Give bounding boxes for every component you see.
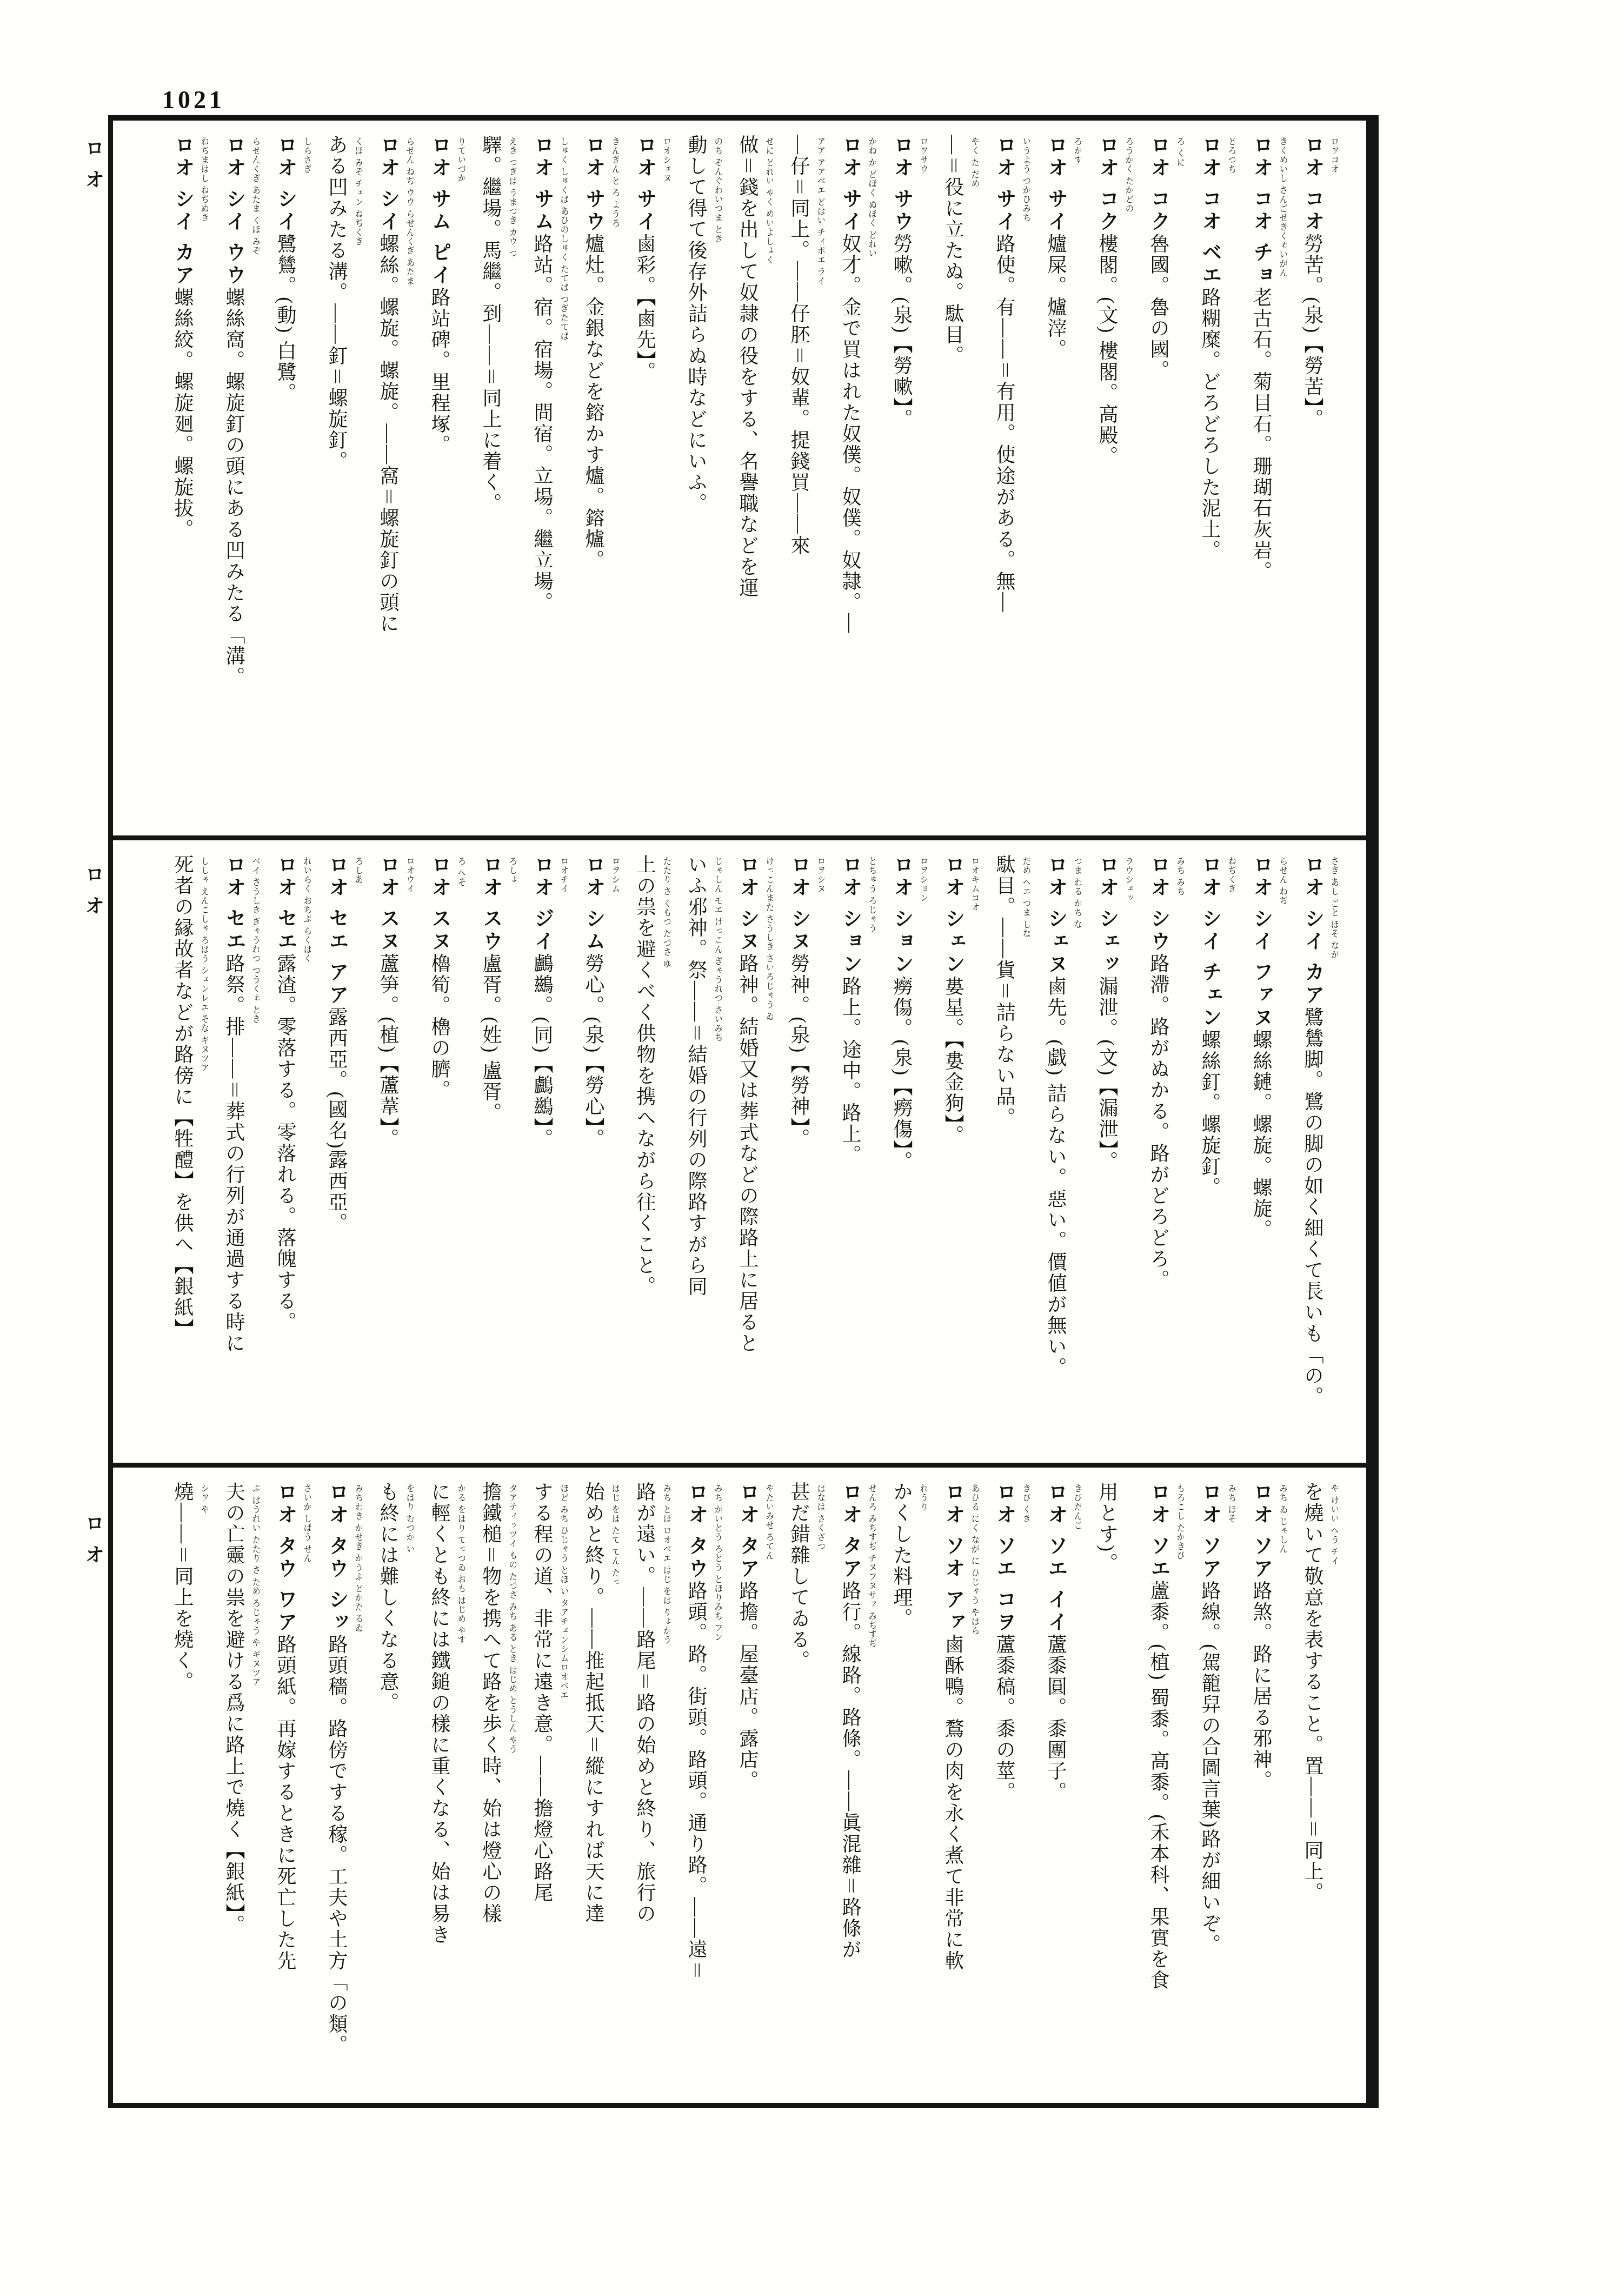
- entry-headword: ロオ タア: [840, 1482, 862, 1581]
- entry-furigana: きびだんご: [1072, 1484, 1081, 1530]
- entry-column: ロオ サイ爐屎。爐滓。ろかす: [1030, 135, 1081, 826]
- entry-column: ロオ ソオ アァ鹵酥鴨。鶩の肉を永く煮て非常に軟あひる にく なが に ひじゃう…: [927, 1482, 979, 2093]
- entry-column: ロオ シイ カア鷺鷥脚。鷺の脚の如く細くて長いも「の。さぎ あし ごと ほそ な…: [1287, 854, 1338, 1453]
- entry-column: ロオ シェッ漏泄。(文)【漏泄】。ラウシェッ: [1081, 854, 1133, 1453]
- entry-column: ロオ サイ奴才。金で買はれた奴僕。奴僕。奴隷。—かね か どぼく ぬぼく どれい: [824, 135, 876, 826]
- entry-column: ロオ ソエ コヲ蘆黍稿。黍の莖。きび くき: [979, 1482, 1030, 2093]
- entry-column: ロオ シヌ路神。結婚又は葬式などの際路上に居るとけっこんまた さうしき さいろじ…: [722, 854, 773, 1453]
- entry-column: ロオ シイ螺絲。螺旋。螺旋。——窩＝螺旋釘の頭にらせん ねぢ ウウ らせんくぎ …: [362, 135, 414, 826]
- entry-headword: ロオ シイ ウウ: [223, 135, 245, 288]
- band-1: ロオ コオ勞苦。(泉)【勞苦】。ロヲコオロオ コオ チョ老古石。菊目石。珊瑚石灰…: [113, 121, 1366, 835]
- entry-definition: ロオ タア路擔。屋臺店。露店。: [737, 1482, 759, 1791]
- entry-headword: ロオ サイ: [1045, 135, 1067, 234]
- entry-headword: ロオ スヌ: [377, 854, 400, 953]
- entry-headword: ロオ ソエ イイ: [1045, 1482, 1067, 1635]
- entry-definition: ロオ タウ路頭。路。街頭。路頭。通り路。——遠＝: [686, 1482, 707, 1981]
- entry-column: ロオ シイ ウウ螺絲窩。螺旋釘の頭にある凹みたる「溝。らせんくぎ あたま くぼ …: [208, 135, 260, 826]
- dictionary-frame: ロオ コオ勞苦。(泉)【勞苦】。ロヲコオロオ コオ チョ老古石。菊目石。珊瑚石灰…: [108, 115, 1379, 2108]
- entry-column: ロオ コオ勞苦。(泉)【勞苦】。ロヲコオ: [1287, 135, 1338, 826]
- entry-headword: ロオ サイ: [634, 135, 656, 234]
- entry-furigana: ロオウイ: [404, 857, 414, 893]
- entry-headword: ロオ サウ: [583, 135, 605, 234]
- entry-definition: ロオ ソエ コヲ蘆黍稿。黍の莖。: [994, 1482, 1015, 1803]
- entry-column: に輕くとも終には鐵鎚の樣に重くなる、始は易きかる をはり てっつゐ おも はじめ…: [414, 1482, 465, 2093]
- entry-column: —仔＝同上。——仔胚＝奴輩。提錢買——來アア アアベエ どはい チィボエ ライ: [773, 135, 824, 826]
- entry-furigana: ぜに どれい やく めいよしょく: [763, 137, 773, 264]
- entry-headword: ロオ スウ: [480, 854, 502, 953]
- entry-definition: 動して得て後存外詰らぬ時などにいふ。: [686, 135, 707, 514]
- entry-furigana: みち みち: [1174, 857, 1184, 896]
- entry-headword: ロオ シイ チェン: [1199, 854, 1221, 1030]
- entry-column: ロオ シイ鷺鷥。(動) 白鷺。しらさぎ: [260, 135, 311, 826]
- entry-furigana: ロヲシム: [609, 857, 619, 893]
- entry-column: ロオ コク魯國。魯の國。ろ くに: [1133, 135, 1184, 826]
- entry-furigana: や けいい へう チイ: [1328, 1484, 1338, 1565]
- entry-column: ロオ タア路行。線路。路條。——眞混雜＝路條がせんろ みちすぢ チヌフヌサァ み…: [824, 1482, 876, 2093]
- entry-furigana: ロオシェヌ: [661, 137, 670, 183]
- entry-definition: ある凹みたる溝。——釘＝螺旋釘。: [326, 135, 348, 472]
- entry-definition: ロオ シヌ路神。結婚又は葬式などの際路上に居ると: [737, 854, 759, 1354]
- entry-definition: ロオ シイ鷺鷥。(動) 白鷺。: [275, 135, 296, 404]
- entry-headword: ロオ ジイ: [531, 854, 554, 953]
- entry-definition: —＝役に立たぬ。駄目。: [942, 135, 964, 367]
- entry-definition: ロオ スヌ櫓筍。櫓の臍。: [429, 854, 450, 1101]
- entry-furigana: ロヲコオ: [1328, 137, 1338, 174]
- entry-column: 始めと終り。——推起抵天＝縱にすれば天に達はじ をは たて てん たっ: [568, 1482, 619, 2093]
- entry-definition: ロオ ション癆傷。(泉)【癆傷】。: [891, 854, 913, 1172]
- entry-furigana: いうよう つかひみち: [1020, 137, 1030, 222]
- entry-column: ロオ サイ鹵彩。【鹵先】。ロオシェヌ: [619, 135, 670, 826]
- entry-definition: 始めと終り。——推起抵天＝縱にすれば天に達: [583, 1482, 604, 1925]
- entry-headword: ロオ サイ: [994, 135, 1016, 234]
- entry-definition: ロオ シヌ勞神。(泉)【勞神】。: [788, 854, 810, 1150]
- entry-definition: ロオ シイ カア螺絲絞。螺旋廻。螺旋拔。: [172, 135, 194, 541]
- band-2-columns: ロオ シイ カア鷺鷥脚。鷺の脚の如く細くて長いも「の。さぎ あし ごと ほそ な…: [127, 854, 1338, 1453]
- entry-furigana: きくめいし さんごせきくゎいがん: [1277, 137, 1287, 277]
- entry-column: ロオ サイ路使。有——＝有用。使途がある。無—いうよう つかひみち: [979, 135, 1030, 826]
- entry-furigana: あひる にく なが に ひじゃう やはら: [969, 1484, 979, 1635]
- entry-column: ロオ タア路擔。屋臺店。露店。やたいみせ ろてん: [722, 1482, 773, 2093]
- entry-headword: ロオ シム: [583, 854, 605, 953]
- entry-furigana: じゃしん モエ けっこん ぎゃうれつ さいみち: [712, 857, 722, 1042]
- entry-definition: ロオ ジイ鸕鷀。(同)【鸕鷀】。: [531, 854, 553, 1150]
- entry-furigana: をはり むつか い: [404, 1484, 414, 1554]
- entry-column: 用とす)。: [1081, 1482, 1133, 2093]
- entry-column: を燒いて敬意を表すること。置——＝同上。や けいい へう チイ: [1287, 1482, 1338, 2093]
- entry-furigana: ねぢくぎ: [1226, 857, 1235, 893]
- entry-column: ロオ ション路上。途中。路上。とちゅう ろじゃう: [824, 854, 876, 1453]
- entry-column: 燒——＝同上を燒く。シヲ や: [157, 1482, 208, 2093]
- entry-column: ロオ シイ ファヌ螺絲鏈。螺旋。螺旋。らせん ねぢ: [1235, 854, 1287, 1453]
- entry-headword: ロオ サイ: [840, 135, 862, 234]
- entry-headword: ロオ セエ: [275, 854, 297, 953]
- entry-headword: ロオ ソオ アァ: [942, 1482, 965, 1635]
- entry-furigana: どろつち: [1226, 137, 1235, 174]
- entry-definition: ロオ タウ シッ路頭穡。路傍でする稼。工夫や土方「の類。: [326, 1482, 348, 2056]
- entry-headword: ロオ サム ピイ: [429, 135, 451, 288]
- entry-headword: ロオ コク: [1148, 135, 1170, 234]
- entry-definition: する程の道、非常に遠き意。——擔燈心路尾: [531, 1482, 553, 1903]
- entry-furigana: れうり: [917, 1484, 927, 1511]
- entry-column: ロオ スウ盧胥。(姓) 盧胥。ろしょ: [465, 854, 516, 1453]
- entry-headword: ロオ タウ ワア: [275, 1482, 297, 1635]
- entry-furigana: みち とほ ロオベエ はじ をは りょかう: [661, 1484, 670, 1644]
- entry-furigana: ろ くに: [1174, 137, 1184, 167]
- entry-headword: ロオ コオ ベエ: [1199, 135, 1221, 288]
- entry-definition: ロオ サイ鹵彩。【鹵先】。: [634, 135, 656, 383]
- entry-furigana: ロオチイ: [558, 857, 568, 893]
- entry-definition: ロオ サウ爐灶。金銀などを鎔かす爐。鎔爐。: [583, 135, 604, 571]
- entry-furigana: かね か どぼく ぬぼく どれい: [866, 137, 876, 258]
- entry-headword: ロオ ソエ: [1148, 1482, 1170, 1581]
- entry-column: ロオ シヌ勞神。(泉)【勞神】。ロヲシヌ: [773, 854, 824, 1453]
- entry-furigana: ロヲション: [917, 857, 927, 903]
- entry-furigana: らせん ねぢ: [1277, 857, 1287, 905]
- entry-furigana: きんぎん と ろ ようろ: [609, 137, 619, 228]
- margin-label-band1: ロオ: [80, 138, 108, 201]
- band-3-columns: を燒いて敬意を表すること。置——＝同上。や けいい へう チイロオ ソア路煞。路…: [127, 1482, 1338, 2093]
- entry-furigana: ベイ さうしき ぎゃうれつ つうくゎ とき: [250, 857, 260, 1024]
- entry-headword: ロオ ソア: [1250, 1482, 1273, 1581]
- entry-definition: ロオ サム路站。宿。宿場。間宿。立場。繼立場。: [531, 135, 553, 613]
- entry-furigana: つま わる かち な: [1072, 857, 1081, 929]
- entry-column: 死者の縁故者などが路傍に【牲醴】を供へ【銀紙】ししゃ えんこしゃ ろばう シェン…: [157, 854, 208, 1453]
- entry-headword: ロオ ション: [840, 854, 862, 976]
- entry-column: ロオ セエ路祭。排——＝葬式の行列が通過する時にベイ さうしき ぎゃうれつ つう…: [208, 854, 260, 1453]
- entry-definition: ロオ ション路上。途中。路上。: [840, 854, 861, 1166]
- entry-definition: ロオ ソア路煞。路に居る邪神。: [1250, 1482, 1272, 1791]
- entry-column: ロオ タウ ワア路頭紙。再嫁するときに死亡した先さいか しばう せん: [260, 1482, 311, 2093]
- entry-headword: ロオ ション: [891, 854, 913, 976]
- entry-furigana: ろしあ: [352, 857, 362, 884]
- entry-definition: ロオ シイ チェン螺絲釘。螺旋釘。: [1199, 854, 1221, 1199]
- entry-definition: ロオ スウ盧胥。(姓) 盧胥。: [480, 854, 502, 1124]
- entry-headword: ロオ シヌ: [788, 854, 810, 953]
- entry-headword: ロオ シヌ: [737, 854, 759, 953]
- entry-definition: ロオ シェヌ鹵先。(戯) 詰らない。惡い。價値が無い。: [1045, 854, 1067, 1378]
- entry-headword: ロオ タア: [737, 1482, 759, 1581]
- entry-furigana: せんろ みちすぢ チヌフヌサァ みちすぢ: [866, 1484, 876, 1648]
- entry-furigana: ろしょ: [507, 857, 516, 884]
- entry-headword: ロオ スヌ: [429, 854, 451, 953]
- entry-furigana: ろうかく たかどの: [1123, 137, 1133, 213]
- entry-column: 做＝錢を出して奴隷の役をする、名譽職などを運ぜに どれい やく めいよしょく: [722, 135, 773, 826]
- entry-headword: ロオ タウ シッ: [326, 1482, 348, 1635]
- entry-column: ロオ シイ チェン螺絲釘。螺旋釘。ねぢくぎ: [1184, 854, 1235, 1453]
- entry-definition: ロオ シイ カア鷺鷥脚。鷺の脚の如く細くて長いも「の。: [1302, 854, 1323, 1408]
- entry-furigana: らせんくぎ あたま くぼ みぞ: [250, 137, 260, 255]
- entry-furigana: ほど みち ひじゃう とほ い タアチェンシムロオベエ: [558, 1484, 568, 1700]
- entry-definition: 用とす)。: [1096, 1482, 1118, 1574]
- entry-furigana: タアティッツイ もの たづさ みち ある とき はじめ とうしん やう: [507, 1484, 516, 1754]
- entry-furigana: ろかす: [1072, 137, 1081, 164]
- entry-furigana: やく た だめ: [969, 137, 979, 188]
- entry-headword: ロオ シイ ファヌ: [1250, 854, 1273, 1030]
- entry-definition: ロオ シイ ウウ螺絲窩。螺旋釘の頭にある凹みたる「溝。: [223, 135, 245, 688]
- entry-furigana: えき つぎば うまつぎ カウ つ: [507, 137, 516, 258]
- entry-column: 擔鐵槌＝物を携へて路を歩く時、始は燈心の樣タアティッツイ もの たづさ みち あ…: [465, 1482, 516, 2093]
- entry-column: も終には難しくなる意。をはり むつか い: [362, 1482, 414, 2093]
- entry-headword: ロオ シイ: [275, 135, 297, 234]
- entry-headword: ロオ コオ: [1302, 135, 1324, 234]
- entry-furigana: ロオキムコオ: [969, 857, 979, 912]
- entry-furigana: しらさぎ: [301, 137, 311, 174]
- entry-headword: ロオ シェヌ: [1045, 854, 1067, 976]
- entry-furigana: みちわき かせぎ かうふ どかた るゐ: [352, 1484, 362, 1633]
- entry-definition: を燒いて敬意を表すること。置——＝同上。: [1302, 1482, 1323, 1903]
- entry-furigana: みち かいとう ろとう とほりみち フン: [712, 1484, 722, 1642]
- entry-definition: ロオ シイ ファヌ螺絲鏈。螺旋。螺旋。: [1250, 854, 1272, 1241]
- entry-definition: ロオ コオ チョ老古石。菊目石。珊瑚石灰岩。: [1250, 135, 1272, 583]
- entry-definition: かくした料理。: [891, 1482, 913, 1629]
- entry-definition: ロオ セエ露渣。零落する。零落れる。落魄する。: [275, 854, 296, 1333]
- entry-definition: いふ邪神。祭——＝結婚の行列の際路すがら同: [686, 854, 707, 1297]
- entry-definition: ロオ サム ピイ路站碑。里程塚。: [429, 135, 450, 456]
- entry-column: ある凹みたる溝。——釘＝螺旋釘。くぼ みぞ チェン ねぢくぎ: [311, 135, 362, 826]
- entry-column: 上の祟を避くべく供物を携へながら往くこと。たたり さ くもつ たづさ ゆ: [619, 854, 670, 1453]
- band-2: ロオ シイ カア鷺鷥脚。鷺の脚の如く細くて長いも「の。さぎ あし ごと ほそ な…: [113, 835, 1366, 1463]
- entry-headword: ロオ シェン: [942, 854, 965, 976]
- dictionary-page: 1021 ロオ ロオ ロオ ロオ コオ勞苦。(泉)【勞苦】。ロヲコオロオ コオ …: [0, 0, 1623, 2296]
- entry-definition: ロオ サウ勞嗽。(泉)【勞嗽】。: [891, 135, 913, 430]
- entry-column: ロオ ソエ蘆黍。(植) 蜀黍。高黍。(禾本科、果實を食もろこし たかきび: [1133, 1482, 1184, 2093]
- entry-column: ロオ サウ爐灶。金銀などを鎔かす爐。鎔爐。きんぎん と ろ ようろ: [568, 135, 619, 826]
- entry-column: ロオ スヌ蘆笋。(植)【蘆葦】。ロオウイ: [362, 854, 414, 1453]
- entry-definition: 死者の縁故者などが路傍に【牲醴】を供へ【銀紙】: [172, 854, 194, 1339]
- entry-furigana: けっこんまた さうしき さいろじゃう ゐ: [763, 857, 773, 1021]
- entry-column: ロオ シェヌ鹵先。(戯) 詰らない。惡い。價値が無い。つま わる かち な: [1030, 854, 1081, 1453]
- entry-furigana: だめ ヘエ つま しな: [1020, 857, 1030, 938]
- entry-definition: 路が遠い。——路尾＝路の始めと終り、旅行の: [634, 1482, 656, 1925]
- entry-furigana: きび くき: [1020, 1484, 1030, 1523]
- entry-headword: ロオ タウ: [686, 1482, 708, 1581]
- entry-column: かくした料理。れうり: [876, 1482, 927, 2093]
- entry-definition: 甚だ錯雜してゐる。: [788, 1482, 810, 1671]
- entry-definition: ロオ タア路行。線路。路條。——眞混雜＝路條が: [840, 1482, 861, 1960]
- entry-definition: も終には難しくなる意。: [377, 1482, 399, 1714]
- entry-furigana: ねぢまはし ねぢぬき: [198, 137, 208, 222]
- entry-furigana: シヲ や: [198, 1484, 208, 1514]
- entry-furigana: れいらく おちぶ らくはく: [301, 857, 311, 963]
- entry-headword: ロオ セエ: [223, 854, 245, 953]
- entry-furigana: たたり さ くもつ たづさ ゆ: [661, 857, 670, 968]
- entry-definition: ロオ ソエ イイ蘆黍圓。黍團子。: [1045, 1482, 1067, 1803]
- entry-furigana: とちゅう ろじゃう: [866, 857, 876, 933]
- band-1-columns: ロオ コオ勞苦。(泉)【勞苦】。ロヲコオロオ コオ チョ老古石。菊目石。珊瑚石灰…: [127, 135, 1338, 826]
- entry-column: ロオ コク樓閣。(文) 樓閣。高殿。ろうかく たかどの: [1081, 135, 1133, 826]
- entry-furigana: はじ をは たて てん たっ: [609, 1484, 619, 1587]
- entry-column: ロオ タウ シッ路頭穡。路傍でする稼。工夫や土方「の類。みちわき かせぎ かうふ…: [311, 1482, 362, 2093]
- entry-column: ロオ セエ アア露西亞。(國名)露西亞。ろしあ: [311, 854, 362, 1453]
- entry-furigana: やたいみせ ろてん: [763, 1484, 773, 1560]
- entry-definition: ロオ シム勞心。(泉)【勞心】。: [583, 854, 604, 1150]
- entry-definition: 擔鐵槌＝物を携へて路を歩く時、始は燈心の樣: [480, 1482, 502, 1925]
- entry-furigana: ぶ ばうれい たたり さ ため ろじゃう や ギヌツア: [250, 1484, 260, 1687]
- entry-definition: ロオ ソア路線。(駕籠舁の合圖言葉)路が細いぞ。: [1199, 1482, 1221, 1955]
- entry-definition: に輕くとも終には鐵鎚の樣に重くなる、始は易き: [429, 1482, 450, 1946]
- entry-column: 路が遠い。——路尾＝路の始めと終り、旅行のみち とほ ロオベエ はじ をは りょ…: [619, 1482, 670, 2093]
- band-3: を燒いて敬意を表すること。置——＝同上。や けいい へう チイロオ ソア路煞。路…: [113, 1463, 1366, 2103]
- entry-definition: 夫の亡靈の祟を避ける爲に路上で燒く【銀紙】。: [223, 1482, 245, 1936]
- entry-column: する程の道、非常に遠き意。——擔燈心路尾ほど みち ひじゃう とほ い タアチェ…: [516, 1482, 568, 2093]
- entry-furigana: アア アアベエ どはい チィボエ ライ: [815, 137, 824, 286]
- entry-definition: 燒——＝同上を燒く。: [172, 1482, 194, 1693]
- entry-furigana: さぎ あし ごと ほそ なが: [1328, 857, 1338, 959]
- entry-column: ロオ シェン婁星。【婁金狗】。ロオキムコオ: [927, 854, 979, 1453]
- entry-column: 動して得て後存外詰らぬ時などにいふ。のち ぞんぐわいつま とき: [670, 135, 722, 826]
- entry-headword: ロオ シイ カア: [172, 135, 194, 288]
- entry-definition: ロオ セエ路祭。排——＝葬式の行列が通過する時に: [223, 854, 245, 1354]
- entry-column: ロオ ジイ鸕鷀。(同)【鸕鷀】。ロオチイ: [516, 854, 568, 1453]
- entry-definition: ロオ コク魯國。魯の國。: [1148, 135, 1169, 381]
- entry-column: ロオ ソエ イイ蘆黍圓。黍團子。きびだんご: [1030, 1482, 1081, 2093]
- page-number: 1021: [162, 85, 225, 114]
- entry-column: ロオ ション癆傷。(泉)【癆傷】。ロヲション: [876, 854, 927, 1453]
- entry-furigana: のち ぞんぐわいつま とき: [712, 137, 722, 243]
- entry-column: ロオ サム ピイ路站碑。里程塚。りていづか: [414, 135, 465, 826]
- entry-headword: ロオ コク: [1096, 135, 1119, 234]
- entry-column: ロオ ソア路煞。路に居る邪神。みち ゐ じゃしん: [1235, 1482, 1287, 2093]
- entry-definition: ロオ コオ勞苦。(泉)【勞苦】。: [1302, 135, 1323, 430]
- entry-definition: 上の祟を避くべく供物を携へながら往くこと。: [634, 854, 656, 1297]
- entry-furigana: ろ へそ: [455, 857, 465, 887]
- entry-definition: ロオ シウ路滯。路がぬかる。路がどろどろ。: [1148, 854, 1169, 1291]
- entry-definition: 駄目。——貨＝詰らない品。: [994, 854, 1015, 1129]
- entry-column: ロオ サウ勞嗽。(泉)【勞嗽】。ロヲサウ: [876, 135, 927, 826]
- entry-headword: ロオ サム: [531, 135, 554, 234]
- entry-column: ロオ ソア路線。(駕籠舁の合圖言葉)路が細いぞ。みち ほそ: [1184, 1482, 1235, 2093]
- entry-definition: 做＝錢を出して奴隷の役をする、名譽職などを運: [737, 135, 759, 599]
- entry-column: ロオ シイ カア螺絲絞。螺旋廻。螺旋拔。ねぢまはし ねぢぬき: [157, 135, 208, 826]
- entry-column: 甚だ錯雜してゐる。はなは さくざつ: [773, 1482, 824, 2093]
- entry-furigana: ロヲサウ: [917, 137, 927, 174]
- entry-definition: ロオ サイ奴才。金で買はれた奴僕。奴僕。奴隷。—: [840, 135, 861, 634]
- entry-definition: ロオ スヌ蘆笋。(植)【蘆葦】。: [377, 854, 399, 1150]
- entry-column: 驛。繼場。馬繼。到——＝同上に着く。えき つぎば うまつぎ カウ つ: [465, 135, 516, 826]
- entry-column: —＝役に立たぬ。駄目。やく た だめ: [927, 135, 979, 826]
- entry-definition: ロオ タウ ワア路頭紙。再嫁するときに死亡した先: [275, 1482, 296, 1972]
- entry-furigana: ししゃ えんこしゃ ろばう シェンレエ そな ギヌツア: [198, 857, 208, 1072]
- entry-furigana: ラウシェッ: [1123, 857, 1133, 903]
- entry-headword: ロオ サウ: [891, 135, 913, 234]
- entry-column: 夫の亡靈の祟を避ける爲に路上で燒く【銀紙】。ぶ ばうれい たたり さ ため ろじ…: [208, 1482, 260, 2093]
- entry-headword: ロオ シイ: [377, 135, 400, 234]
- entry-column: ロオ コオ ベエ路糊糜。どろどろした泥土。どろつち: [1184, 135, 1235, 826]
- entry-headword: ロオ コオ チョ: [1250, 135, 1273, 288]
- entry-furigana: くぼ みぞ チェン ねぢくぎ: [352, 137, 362, 246]
- entry-column: ロオ スヌ櫓筍。櫓の臍。ろ へそ: [414, 854, 465, 1453]
- entry-headword: ロオ セエ アア: [326, 854, 348, 1007]
- entry-definition: ロオ シェッ漏泄。(文)【漏泄】。: [1096, 854, 1118, 1172]
- entry-furigana: かる をはり てっつゐ おも はじめ やす: [455, 1484, 465, 1644]
- margin-label-band2: ロオ: [80, 864, 108, 927]
- entry-definition: 驛。繼場。馬繼。到——＝同上に着く。: [480, 135, 502, 514]
- entry-column: ロオ セエ露渣。零落する。零落れる。落魄する。れいらく おちぶ らくはく: [260, 854, 311, 1453]
- entry-definition: ロオ サイ爐屎。爐滓。: [1045, 135, 1067, 360]
- entry-definition: ロオ コオ ベエ路糊糜。どろどろした泥土。: [1199, 135, 1221, 562]
- entry-column: いふ邪神。祭——＝結婚の行列の際路すがら同じゃしん モエ けっこん ぎゃうれつ …: [670, 854, 722, 1453]
- entry-definition: ロオ サイ路使。有——＝有用。使途がある。無—: [994, 135, 1015, 613]
- entry-headword: ロオ シウ: [1148, 854, 1170, 953]
- entry-definition: ロオ ソオ アァ鹵酥鴨。鶩の肉を永く煮て非常に軟: [942, 1482, 964, 1972]
- entry-column: ロオ コオ チョ老古石。菊目石。珊瑚石灰岩。きくめいし さんごせきくゎいがん: [1235, 135, 1287, 826]
- entry-column: ロオ シウ路滯。路がぬかる。路がどろどろ。みち みち: [1133, 854, 1184, 1453]
- entry-definition: ロオ セエ アア露西亞。(國名)露西亞。: [326, 854, 348, 1235]
- margin-label-band3: ロオ: [80, 1513, 108, 1576]
- entry-furigana: らせん ねぢ ウウ らせんくぎ あたま: [404, 137, 414, 286]
- entry-definition: ロオ シイ螺絲。螺旋。螺旋。——窩＝螺旋釘の頭に: [377, 135, 399, 634]
- entry-furigana: りていづか: [455, 137, 465, 183]
- entry-column: 駄目。——貨＝詰らない品。だめ ヘエ つま しな: [979, 854, 1030, 1453]
- entry-headword: ロオ ソア: [1199, 1482, 1221, 1581]
- entry-headword: ロオ シェッ: [1096, 854, 1119, 976]
- entry-furigana: みち ゐ じゃしん: [1277, 1484, 1287, 1554]
- entry-headword: ロオ シイ カア: [1302, 854, 1324, 1007]
- entry-definition: ロオ シェン婁星。【婁金狗】。: [942, 854, 964, 1146]
- entry-definition: —仔＝同上。——仔胚＝奴輩。提錢買——來: [788, 135, 810, 556]
- entry-column: ロオ タウ路頭。路。街頭。路頭。通り路。——遠＝みち かいとう ろとう とほりみ…: [670, 1482, 722, 2093]
- entry-definition: ロオ コク樓閣。(文) 樓閣。高殿。: [1096, 135, 1118, 467]
- entry-furigana: さいか しばう せん: [301, 1484, 311, 1563]
- entry-furigana: しゅく しゅくば あひのしゅく たてば つぎたてば: [558, 137, 568, 341]
- entry-definition: ロオ ソエ蘆黍。(植) 蜀黍。高黍。(禾本科、果實を食: [1148, 1482, 1169, 1991]
- entry-furigana: もろこし たかきび: [1174, 1484, 1184, 1560]
- entry-headword: ロオ ソエ コヲ: [994, 1482, 1016, 1635]
- entry-column: ロオ シム勞心。(泉)【勞心】。ロヲシム: [568, 854, 619, 1453]
- entry-furigana: ロヲシヌ: [815, 857, 824, 893]
- entry-column: ロオ サム路站。宿。宿場。間宿。立場。繼立場。しゅく しゅくば あひのしゅく た…: [516, 135, 568, 826]
- entry-furigana: はなは さくざつ: [815, 1484, 824, 1551]
- entry-furigana: みち ほそ: [1226, 1484, 1235, 1523]
